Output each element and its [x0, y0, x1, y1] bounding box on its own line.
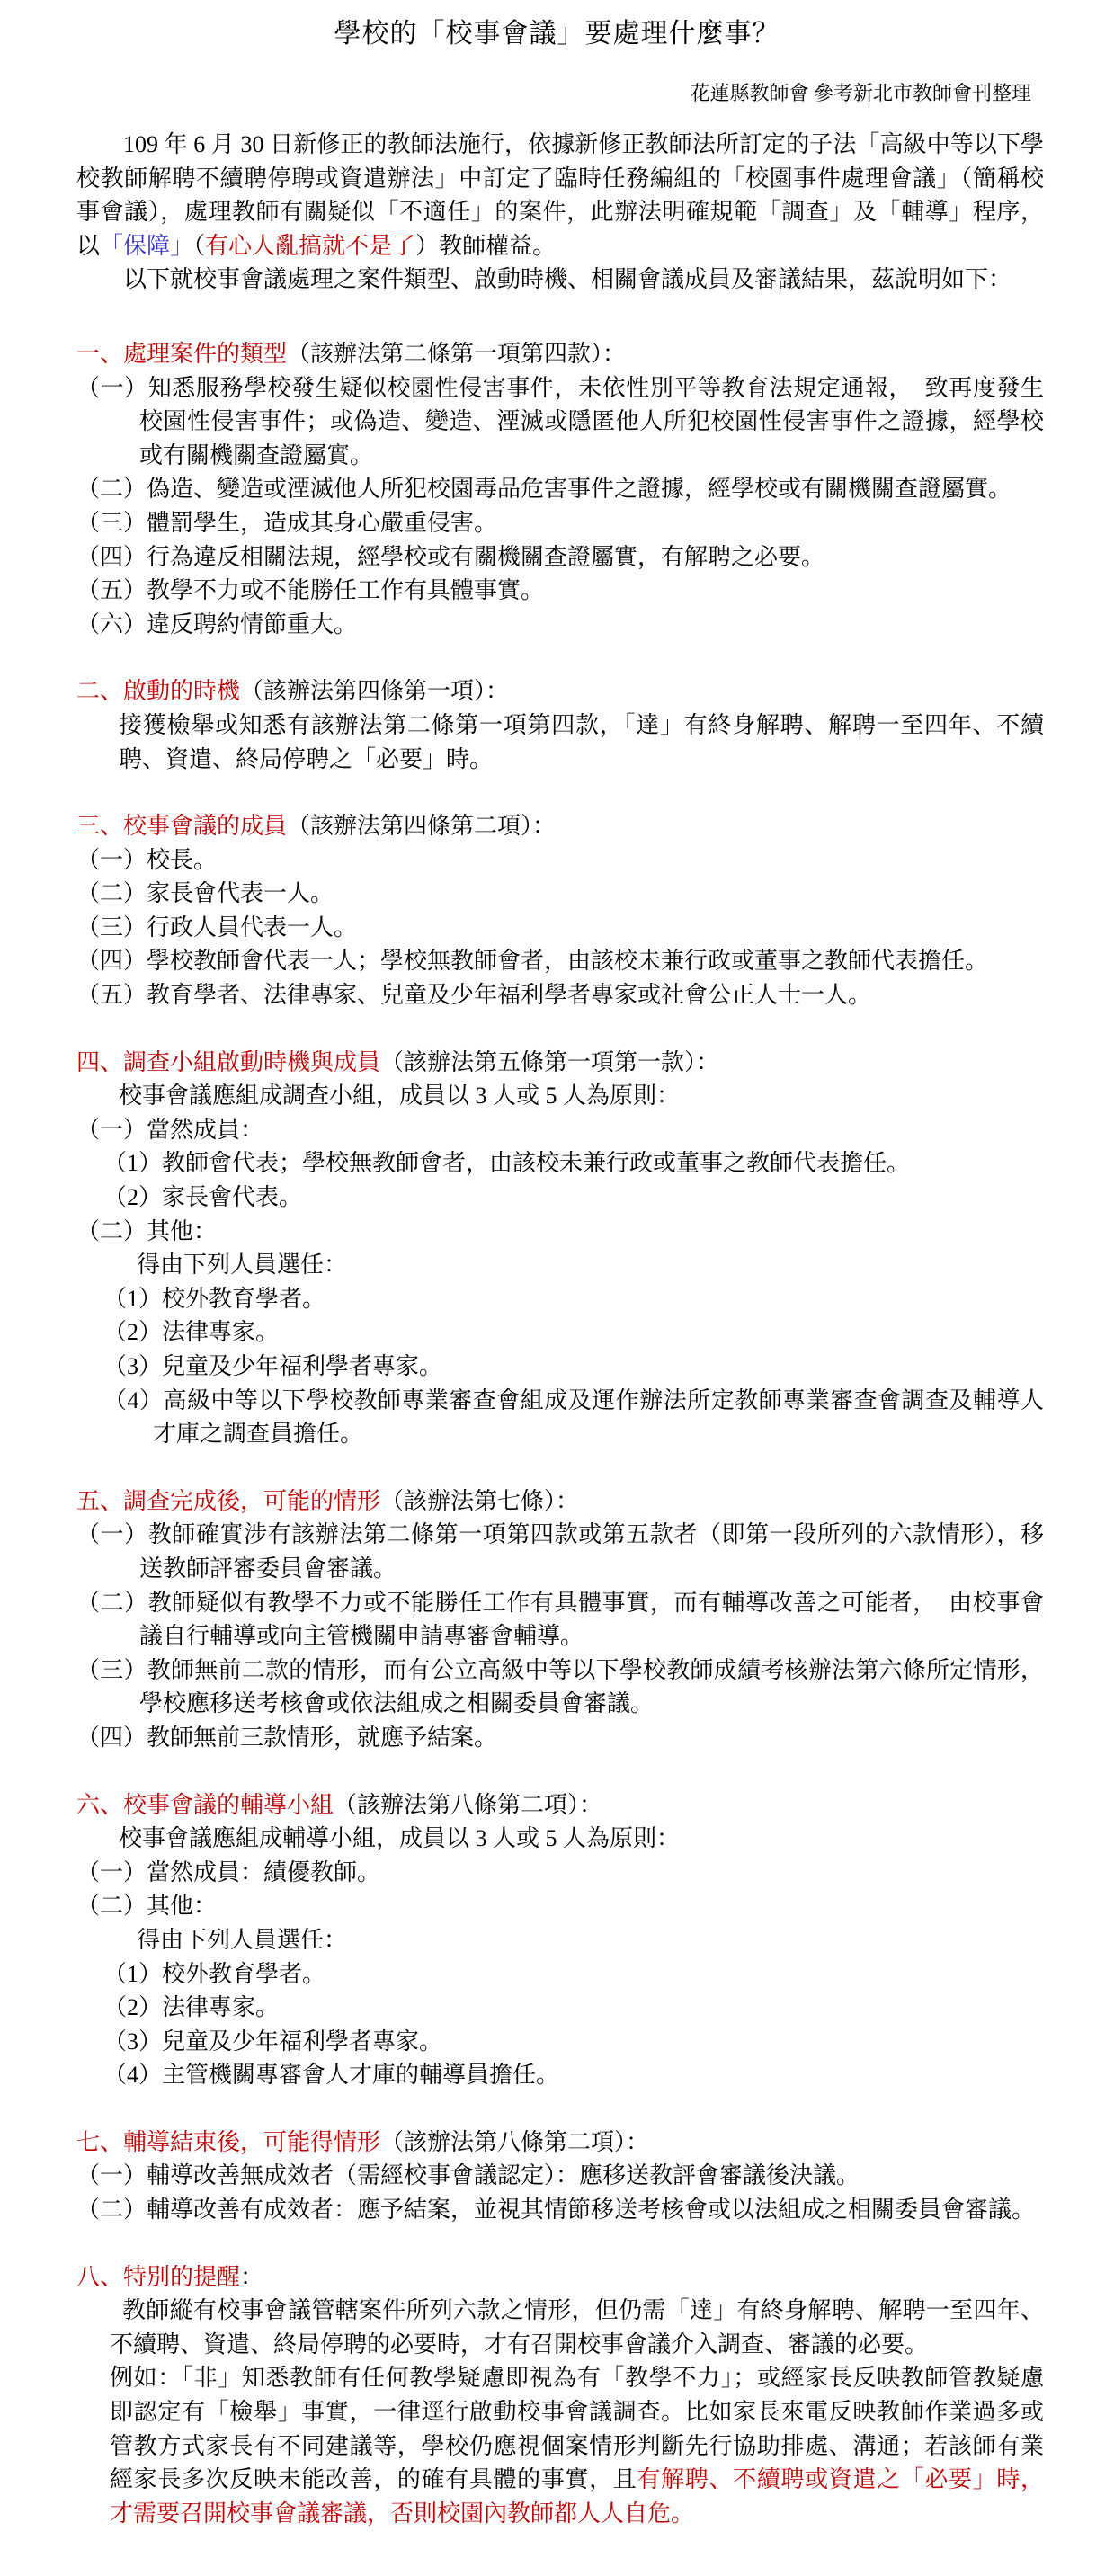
item-label: （4）: [103, 1387, 163, 1413]
text-run: （該辦法第五條第一項第一款）：: [380, 1049, 719, 1075]
text-run: ：: [240, 2264, 263, 2290]
section-3-item-5: （五）教育學者、法律專家、兒童及少年福利學者專家或社會公正人士一人。: [76, 978, 1044, 1012]
section-3-item-4: （四）學校教師會代表一人；學校無教師會者，由該校未兼行政或董事之教師代表擔任。: [76, 944, 1044, 978]
section-4-item-2-sub-4: （4）高級中等以下學校教師專業審查會組成及運作辦法所定教師專業審查會調查及輔導人…: [76, 1384, 1044, 1451]
text-run: （: [193, 233, 205, 259]
item-label: （二）: [76, 476, 147, 502]
item-label: （一）: [76, 1521, 148, 1547]
section-7-item-2: （二）輔導改善有成效者：應予結案，並視其情節移送考核會或以法組成之相關委員會審議…: [76, 2193, 1044, 2227]
text-run: 得由下列人員選任：: [137, 1927, 347, 1953]
section-8-paragraph-1: 教師縱有校事會議管轄案件所列六款之情形，但仍需「達」有終身解聘、解聘一至四年、不…: [110, 2294, 1044, 2361]
text-run: 教師疑似有教學不力或不能勝任工作有具體事實，而有輔導改善之可能者， 由校事會議自…: [139, 1590, 1044, 1650]
text-run: ）教師權益。: [415, 233, 556, 259]
intro-paragraph-2: 以下就校事會議處理之案件類型、啟動時機、相關會議成員及審議結果，茲說明如下：: [76, 263, 1044, 297]
item-label: （三）: [76, 510, 147, 536]
section-4-item-2-note: 得由下列人員選任：: [137, 1248, 1044, 1282]
item-label: （四）: [76, 1725, 147, 1751]
text-run: 法律專家。: [162, 1319, 279, 1345]
text-run: 教育學者、法律專家、兒童及少年福利學者專家或社會公正人士一人。: [147, 982, 871, 1008]
item-label: （二）: [76, 1893, 147, 1919]
text-run: 教師會代表；學校無教師會者，由該校未兼行政或董事之教師代表擔任。: [162, 1150, 910, 1176]
item-label: （二）: [76, 2197, 147, 2223]
text-run: （該辦法第二條第一項第四款）：: [287, 341, 626, 367]
text-run-red: 五、調查完成後，可能的情形: [76, 1488, 380, 1514]
section-1-item-1: （一）知悉服務學校發生疑似校園性侵害事件，未依性別平等教育法規定通報， 致再度發…: [76, 371, 1044, 473]
section-4-item-2-sub-1: （1）校外教育學者。: [76, 1282, 1044, 1316]
text-run-red: 二、啟動的時機: [76, 678, 240, 704]
text-run: 校外教育學者。: [162, 1961, 325, 1987]
text-run: 校長。: [147, 847, 217, 873]
text-run: 兒童及少年福利學者專家。: [162, 2028, 442, 2055]
text-run: 教師確實涉有該辦法第二條第一項第四款或第五款者（即第一段所列的六款情形），移送教…: [139, 1521, 1044, 1582]
text-run-red: 四、調查小組啟動時機與成員: [76, 1049, 380, 1075]
section-3-item-2: （二）家長會代表一人。: [76, 877, 1044, 911]
text-run-red: 六、校事會議的輔導小組: [76, 1792, 334, 1818]
item-label: （3）: [103, 1353, 162, 1379]
text-run: 校事會議應組成調查小組，成員以 3 人或 5 人為原則：: [119, 1083, 680, 1109]
text-run: 法律專家。: [162, 1994, 279, 2020]
text-run: 輔導改善無成效者（需經校事會議認定）：應移送教評會審議後決議。: [147, 2162, 860, 2188]
section-3-item-1: （一）校長。: [76, 843, 1044, 878]
document-body: 109 年 6 月 30 日新修正的教師法施行，依據新修正教師法所訂定的子法「高…: [0, 128, 1114, 2566]
item-label: （一）: [76, 847, 147, 873]
text-run: 行為違反相關法規，經學校或有關機關查證屬實，有解聘之必要。: [147, 544, 824, 570]
item-label: （4）: [103, 2062, 162, 2088]
text-run: 當然成員：: [147, 1117, 263, 1143]
text-run-red: 七、輔導結束後，可能得情形: [76, 2129, 380, 2155]
text-run: 行政人員代表一人。: [147, 914, 357, 940]
item-label: （四）: [76, 948, 147, 974]
section-5-item-4: （四）教師無前三款情形，就應予結案。: [76, 1721, 1044, 1755]
section-4-item-2-sub-3: （3）兒童及少年福利學者專家。: [76, 1350, 1044, 1384]
text-run: 家長會代表。: [162, 1184, 302, 1210]
text-run-red: 有心人亂搞就不是了: [205, 233, 415, 259]
item-label: （一）: [76, 375, 148, 401]
item-label: （二）: [76, 1590, 148, 1616]
text-run: 輔導改善有成效者：應予結案，並視其情節移送考核會或以法組成之相關委員會審議。: [147, 2197, 1035, 2223]
section-6-item-2-sub-3: （3）兒童及少年福利學者專家。: [76, 2025, 1044, 2059]
section-4-heading: 四、調查小組啟動時機與成員（該辦法第五條第一項第一款）：: [76, 1046, 1044, 1080]
section-6-intro: 校事會議應組成輔導小組，成員以 3 人或 5 人為原則：: [119, 1822, 1044, 1856]
text-run: 當然成員：績優教師。: [147, 1859, 380, 1885]
text-run: 違反聘約情節重大。: [147, 611, 357, 637]
document-page: 學校的「校事會議」要處理什麼事？ 花蓮縣教師會 參考新北市教師會刊整理 109 …: [0, 0, 1114, 2576]
section-3-item-3: （三）行政人員代表一人。: [76, 911, 1044, 945]
text-run-blue: 「保障」: [100, 233, 193, 259]
section-1-item-5: （五）教學不力或不能勝任工作有具體事實。: [76, 574, 1044, 608]
intro-paragraph-1: 109 年 6 月 30 日新修正的教師法施行，依據新修正教師法所訂定的子法「高…: [76, 128, 1044, 263]
text-run: 兒童及少年福利學者專家。: [162, 1353, 442, 1379]
text-run: 學校教師會代表一人；學校無教師會者，由該校未兼行政或董事之教師代表擔任。: [147, 948, 988, 974]
text-run: 校事會議應組成輔導小組，成員以 3 人或 5 人為原則：: [119, 1825, 680, 1851]
text-run-red: 一、處理案件的類型: [76, 341, 287, 367]
section-7-heading: 七、輔導結束後，可能得情形（該辦法第八條第二項）：: [76, 2126, 1044, 2160]
text-run-red: 三、校事會議的成員: [76, 813, 287, 839]
section-5-heading: 五、調查完成後，可能的情形（該辦法第七條）：: [76, 1484, 1044, 1519]
section-5-item-3: （三）教師無前二款的情形，而有公立高級中等以下學校教師成績考核辦法第六條所定情形…: [76, 1653, 1044, 1721]
section-4-item-2-sub-2: （2）法律專家。: [76, 1315, 1044, 1350]
item-label: （1）: [103, 1961, 162, 1987]
item-label: （1）: [103, 1150, 162, 1176]
text-run: （該辦法第七條）：: [380, 1488, 579, 1514]
item-label: （2）: [103, 1319, 162, 1345]
item-label: （五）: [76, 577, 147, 603]
text-run: 教師無前三款情形，就應予結案。: [147, 1725, 497, 1751]
section-8-heading: 八、特別的提醒：: [76, 2260, 1044, 2295]
text-run: 偽造、變造或湮滅他人所犯校園毒品危害事件之證據，經學校或有關機關查證屬實。: [147, 476, 1012, 502]
item-label: （三）: [76, 914, 147, 940]
section-7-item-1: （一）輔導改善無成效者（需經校事會議認定）：應移送教評會審議後決議。: [76, 2159, 1044, 2193]
text-run: 以下就校事會議處理之案件類型、啟動時機、相關會議成員及審議結果，茲說明如下：: [123, 266, 1012, 292]
item-label: （二）: [76, 880, 147, 906]
item-label: （2）: [103, 1184, 162, 1210]
item-label: （一）: [76, 1859, 147, 1885]
text-run: 家長會代表一人。: [147, 880, 334, 906]
section-6-item-2-sub-4: （4）主管機關專審會人才庫的輔導員擔任。: [76, 2058, 1044, 2092]
text-run: 得由下列人員選任：: [137, 1252, 347, 1278]
text-run: 教師縱有校事會議管轄案件所列六款之情形，但仍需「達」有終身解聘、解聘一至四年、不…: [110, 2297, 1044, 2358]
text-run: 高級中等以下學校教師專業審查會組成及運作辦法所定教師專業審查會調查及輔導人才庫之…: [153, 1387, 1044, 1448]
page-title: 學校的「校事會議」要處理什麼事？: [0, 0, 1114, 52]
item-label: （五）: [76, 982, 147, 1008]
text-run: 體罰學生，造成其身心嚴重侵害。: [147, 510, 497, 536]
section-6-item-1: （一）當然成員：績優教師。: [76, 1856, 1044, 1890]
text-run: 校外教育學者。: [162, 1286, 325, 1312]
section-4-item-2: （二）其他：: [76, 1215, 1044, 1249]
section-6-item-2-sub-1: （1）校外教育學者。: [76, 1957, 1044, 1992]
section-2-paragraph: 接獲檢舉或知悉有該辦法第二條第一項第四款，「達」有終身解聘、解聘一至四年、不續聘…: [119, 709, 1044, 776]
section-6-item-2-sub-2: （2）法律專家。: [76, 1991, 1044, 2025]
section-5-item-1: （一）教師確實涉有該辦法第二條第一項第四款或第五款者（即第一段所列的六款情形），…: [76, 1518, 1044, 1585]
text-run: 知悉服務學校發生疑似校園性侵害事件，未依性別平等教育法規定通報， 致再度發生校園…: [139, 375, 1044, 468]
item-label: （六）: [76, 611, 147, 637]
section-1-item-4: （四）行為違反相關法規，經學校或有關機關查證屬實，有解聘之必要。: [76, 540, 1044, 575]
text-run: 其他：: [147, 1218, 217, 1244]
section-1-item-3: （三）體罰學生，造成其身心嚴重侵害。: [76, 506, 1044, 540]
text-run: （該辦法第四條第二項）：: [287, 813, 556, 839]
text-run: 主管機關專審會人才庫的輔導員擔任。: [162, 2062, 559, 2088]
section-2-heading: 二、啟動的時機（該辦法第四條第一項）：: [76, 674, 1044, 709]
text-run: （該辦法第八條第二項）：: [380, 2129, 649, 2155]
section-4-item-1-sub-1: （1）教師會代表；學校無教師會者，由該校未兼行政或董事之教師代表擔任。: [76, 1146, 1044, 1181]
text-run-red: 八、特別的提醒: [76, 2264, 240, 2290]
byline: 花蓮縣教師會 參考新北市教師會刊整理: [0, 81, 1114, 106]
section-1-item-2: （二）偽造、變造或湮滅他人所犯校園毒品危害事件之證據，經學校或有關機關查證屬實。: [76, 472, 1044, 506]
text-run: 教學不力或不能勝任工作有具體事實。: [147, 577, 544, 603]
text-run: （該辦法第四條第一項）：: [240, 678, 509, 704]
section-8-paragraph-2: 例如：「非」知悉教師有任何教學疑慮即視為有「教學不力」；或經家長反映教師管教疑慮…: [110, 2361, 1044, 2530]
section-4-item-1: （一）當然成員：: [76, 1113, 1044, 1147]
text-run: 其他：: [147, 1893, 217, 1919]
text-run: （該辦法第八條第二項）：: [334, 1792, 602, 1818]
item-label: （三）: [76, 1657, 147, 1683]
item-label: （2）: [103, 1994, 162, 2020]
section-6-item-2-note: 得由下列人員選任：: [137, 1923, 1044, 1957]
section-3-heading: 三、校事會議的成員（該辦法第四條第二項）：: [76, 809, 1044, 843]
section-6-heading: 六、校事會議的輔導小組（該辦法第八條第二項）：: [76, 1788, 1044, 1823]
section-1-heading: 一、處理案件的類型（該辦法第二條第一項第四款）：: [76, 337, 1044, 371]
section-1-item-6: （六）違反聘約情節重大。: [76, 608, 1044, 642]
item-label: （四）: [76, 544, 147, 570]
section-4-item-1-sub-2: （2）家長會代表。: [76, 1181, 1044, 1215]
item-label: （一）: [76, 1117, 147, 1143]
item-label: （一）: [76, 2162, 147, 2188]
section-4-intro: 校事會議應組成調查小組，成員以 3 人或 5 人為原則：: [119, 1079, 1044, 1113]
text-run: 接獲檢舉或知悉有該辦法第二條第一項第四款，「達」有終身解聘、解聘一至四年、不續聘…: [119, 712, 1044, 772]
item-label: （二）: [76, 1218, 147, 1244]
section-6-item-2: （二）其他：: [76, 1889, 1044, 1923]
text-run: 教師無前二款的情形，而有公立高級中等以下學校教師成績考核辦法第六條所定情形，學校…: [139, 1657, 1044, 1717]
section-5-item-2: （二）教師疑似有教學不力或不能勝任工作有具體事實，而有輔導改善之可能者， 由校事…: [76, 1586, 1044, 1653]
item-label: （3）: [103, 2028, 162, 2055]
item-label: （1）: [103, 1286, 162, 1312]
